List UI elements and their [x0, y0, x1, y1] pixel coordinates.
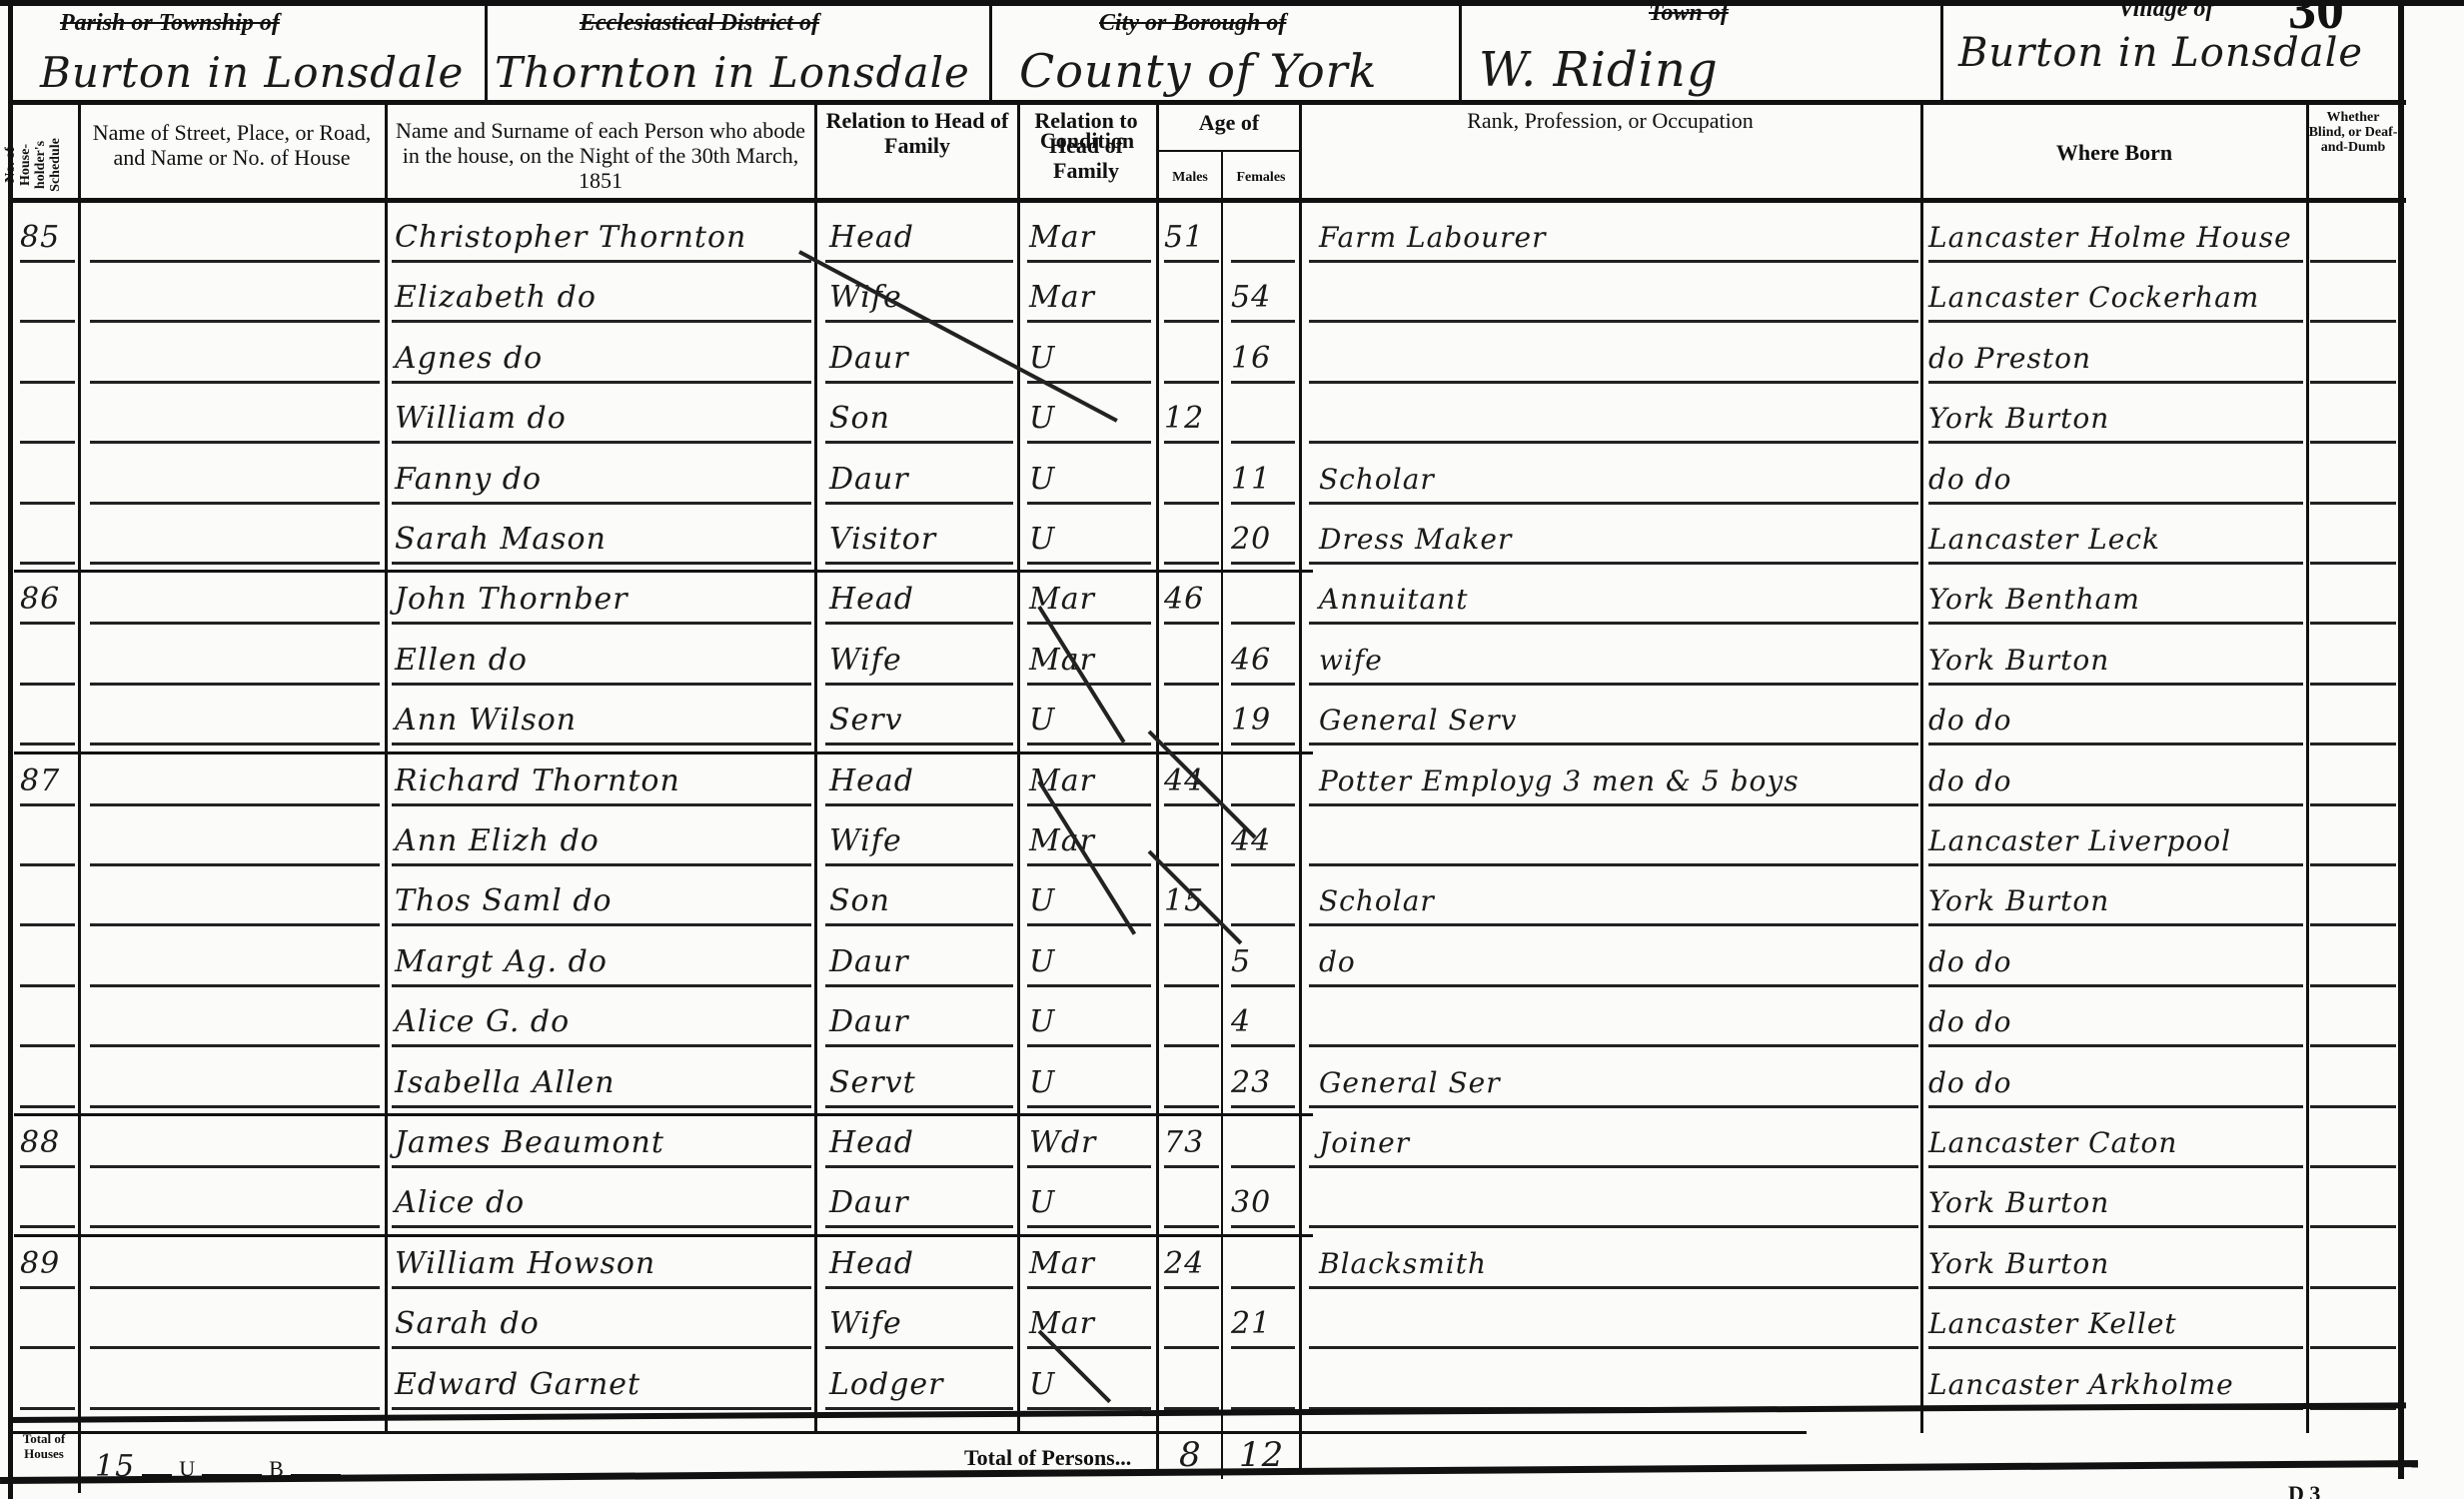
ruled-line [1164, 441, 1219, 444]
male-age [1164, 1363, 1219, 1407]
ruled-line [1027, 743, 1151, 746]
schedule-number [20, 940, 75, 984]
ruled-line [392, 1044, 811, 1047]
ruled-line [1309, 743, 1918, 746]
ruled-line [2310, 984, 2396, 987]
relation: Daur [829, 940, 1014, 984]
col-header-age: Age of [1159, 110, 1299, 135]
total-persons-label: Total of Persons... [964, 1445, 1131, 1471]
ruled-line [825, 320, 1013, 323]
ruled-line [20, 803, 75, 806]
village-label-block: Village of [2118, 0, 2213, 23]
col-header-where-born: Where Born [1924, 140, 2304, 165]
ruled-line [825, 1286, 1013, 1289]
ruled-line [20, 683, 75, 686]
ruled-line [2310, 803, 2396, 806]
ruled-line [392, 622, 811, 625]
ecclesiastical-value: Thornton in Lonsdale [495, 48, 970, 97]
person-name: Ann Wilson [395, 699, 809, 743]
ruled-line [1164, 1105, 1219, 1108]
relation: Serv [829, 699, 1014, 743]
schedule-number [20, 699, 75, 743]
city-label: City or Borough of [1099, 10, 1286, 36]
ruled-line [1164, 320, 1219, 323]
ruled-line [90, 1346, 380, 1349]
ruled-line [20, 320, 75, 323]
ruled-line [825, 984, 1013, 987]
ruled-line [1309, 1105, 1918, 1108]
occupation [1319, 1181, 1913, 1225]
relation: Son [829, 879, 1014, 923]
where-born: York Burton [1928, 639, 2398, 683]
where-born: York Burton [1928, 1242, 2398, 1286]
ruled-line [2310, 923, 2396, 926]
ruled-line [1928, 320, 2303, 323]
person-name: Richard Thornton [395, 759, 809, 803]
occupation: Scholar [1319, 458, 1913, 502]
ruled-line [90, 1407, 380, 1410]
condition: U [1029, 337, 1149, 381]
ruled-line [1231, 441, 1295, 444]
ruled-line [1928, 562, 2303, 565]
household-separator [14, 570, 1313, 573]
census-row: Sarah MasonVisitorU20Dress MakerLancaste… [0, 512, 2464, 568]
occupation [1319, 276, 1913, 320]
ruled-line [1164, 1225, 1219, 1228]
relation: Head [829, 1121, 1014, 1165]
condition: U [1029, 940, 1149, 984]
relation: Daur [829, 337, 1014, 381]
relation: Daur [829, 1000, 1014, 1044]
ruled-line [1309, 683, 1918, 686]
ruled-line [392, 320, 811, 323]
ruled-line [1027, 803, 1151, 806]
male-age [1164, 1181, 1219, 1225]
ruled-line [1164, 381, 1219, 384]
occupation [1319, 1363, 1913, 1407]
ruled-line [1309, 1044, 1918, 1047]
ruled-line [1309, 562, 1918, 565]
ruled-line [825, 1407, 1013, 1410]
ruled-line [1928, 1165, 2303, 1168]
ruled-line [20, 562, 75, 565]
person-name: Ann Elizh do [395, 819, 809, 863]
census-row: 88James BeaumontHeadWdr73JoinerLancaster… [0, 1115, 2464, 1171]
ruled-line [20, 1346, 75, 1349]
ruled-line [392, 502, 811, 505]
ruled-line [825, 803, 1013, 806]
ruled-line [2310, 260, 2396, 263]
occupation: Potter Employg 3 men & 5 boys [1319, 759, 1913, 803]
ruled-line [1928, 683, 2303, 686]
male-age [1164, 276, 1219, 320]
person-name: Sarah Mason [395, 518, 809, 562]
folio-mark: D 3 [2288, 1481, 2320, 1499]
ruled-line [1928, 260, 2303, 263]
col-header-condition: Condition [1021, 128, 1153, 153]
relation: Wife [829, 1302, 1014, 1346]
ruled-line [20, 1225, 75, 1228]
ruled-line [1164, 562, 1219, 565]
occupation: Joiner [1319, 1121, 1913, 1165]
male-age [1164, 940, 1219, 984]
footer-subdivider [8, 1431, 1807, 1434]
where-born: Lancaster Caton [1928, 1121, 2398, 1165]
relation: Son [829, 397, 1014, 441]
ruled-line [825, 441, 1013, 444]
ruled-line [2310, 1165, 2396, 1168]
census-row: 86John ThornberHeadMar46AnnuitantYork Be… [0, 572, 2464, 628]
town-label: Town of [1649, 0, 1729, 26]
ruled-line [90, 502, 380, 505]
ruled-line [2310, 441, 2396, 444]
household-separator [14, 751, 1313, 754]
ruled-line [1164, 1044, 1219, 1047]
female-age: 20 [1231, 518, 1297, 562]
ruled-line [1309, 320, 1918, 323]
schedule-number [20, 397, 75, 441]
where-born: do do [1928, 458, 2398, 502]
relation: Servt [829, 1061, 1014, 1105]
ruled-line [1164, 984, 1219, 987]
where-born: do Preston [1928, 337, 2398, 381]
ruled-line [90, 1044, 380, 1047]
ruled-line [1928, 1105, 2303, 1108]
total-females: 12 [1239, 1435, 1284, 1475]
col-header-blind: Whether Blind, or Deaf-and-Dumb [2308, 110, 2398, 155]
ruled-line [1928, 441, 2303, 444]
ruled-line [90, 1105, 380, 1108]
where-born: Lancaster Holme House [1928, 216, 2398, 260]
female-age [1231, 578, 1297, 622]
ruled-line [1164, 683, 1219, 686]
ruled-line [2310, 1225, 2396, 1228]
column-header-divider [8, 198, 2406, 203]
census-row: 89William HowsonHeadMar24BlacksmithYork … [0, 1236, 2464, 1292]
relation: Head [829, 216, 1014, 260]
ruled-line [90, 1225, 380, 1228]
condition: U [1029, 518, 1149, 562]
male-age [1164, 458, 1219, 502]
ruled-line [825, 683, 1013, 686]
schedule-number [20, 1363, 75, 1407]
ruled-line [392, 923, 811, 926]
male-age [1164, 1302, 1219, 1346]
census-row: Thos Saml doSonU15ScholarYork Burton [0, 873, 2464, 929]
ruled-line [825, 1044, 1013, 1047]
ruled-line [825, 1346, 1013, 1349]
houses-counts: 15 U B [95, 1449, 341, 1484]
person-name: Isabella Allen [395, 1061, 809, 1105]
ruled-line [1309, 1225, 1918, 1228]
ruled-line [1231, 923, 1295, 926]
ruled-line [90, 863, 380, 866]
ruled-line [1309, 984, 1918, 987]
where-born: Lancaster Arkholme [1928, 1363, 2398, 1407]
where-born: Lancaster Cockerham [1928, 276, 2398, 320]
relation: Lodger [829, 1363, 1014, 1407]
ruled-line [20, 984, 75, 987]
census-page: Parish or Township of Burton in Lonsdale… [0, 0, 2464, 1499]
ruled-line [1164, 803, 1219, 806]
col-header-relation-main: Relation to Head of Family [819, 108, 1015, 158]
female-age [1231, 1242, 1297, 1286]
ruled-line [392, 863, 811, 866]
person-name: Christopher Thornton [395, 216, 809, 260]
where-born: Lancaster Leck [1928, 518, 2398, 562]
ruled-line [1231, 984, 1295, 987]
occupation [1319, 819, 1913, 863]
where-born: York Burton [1928, 879, 2398, 923]
ruled-line [1164, 260, 1219, 263]
ruled-line [1164, 1165, 1219, 1168]
person-name: James Beaumont [395, 1121, 809, 1165]
ruled-line [1309, 622, 1918, 625]
person-name: Thos Saml do [395, 879, 809, 923]
ruled-line [1027, 320, 1151, 323]
condition: Mar [1029, 276, 1149, 320]
schedule-number [20, 639, 75, 683]
ruled-line [1231, 863, 1295, 866]
ruled-line [1231, 743, 1295, 746]
ruled-line [1027, 260, 1151, 263]
schedule-number [20, 819, 75, 863]
census-row: William doSonU12York Burton [0, 391, 2464, 447]
ruled-line [90, 803, 380, 806]
ruled-line [1928, 1225, 2303, 1228]
relation: Daur [829, 458, 1014, 502]
female-age: 19 [1231, 699, 1297, 743]
ruled-line [90, 1165, 380, 1168]
male-age [1164, 1061, 1219, 1105]
ruled-line [1027, 441, 1151, 444]
ruled-line [20, 1165, 75, 1168]
header-separator [989, 4, 992, 102]
male-age [1164, 639, 1219, 683]
ruled-line [1231, 1105, 1295, 1108]
condition: U [1029, 699, 1149, 743]
ruled-line [1027, 1044, 1151, 1047]
ruled-line [392, 1225, 811, 1228]
male-age [1164, 337, 1219, 381]
where-born: York Burton [1928, 1181, 2398, 1225]
ruled-line [1309, 502, 1918, 505]
ruled-line [90, 260, 380, 263]
ruled-line [825, 1105, 1013, 1108]
ecclesiastical-label-block: Ecclesiastical District of [580, 10, 819, 37]
ruled-line [392, 1165, 811, 1168]
bottom-border [0, 1460, 2418, 1484]
ruled-line [90, 441, 380, 444]
ruled-line [1231, 1044, 1295, 1047]
schedule-number [20, 879, 75, 923]
where-born: do do [1928, 1000, 2398, 1044]
female-age [1231, 216, 1297, 260]
ruled-line [825, 260, 1013, 263]
census-row: Isabella AllenServtU23General Serdo do [0, 1055, 2464, 1111]
male-age [1164, 518, 1219, 562]
ruled-line [2310, 1286, 2396, 1289]
ruled-line [825, 502, 1013, 505]
age-subdivider [1159, 150, 1299, 152]
houses-inhabited: 15 [95, 1449, 135, 1484]
schedule-number: 87 [20, 759, 75, 803]
total-males: 8 [1179, 1435, 1202, 1475]
ruled-line [1164, 743, 1219, 746]
ruled-line [20, 622, 75, 625]
male-age: 15 [1164, 879, 1219, 923]
ruled-line [90, 320, 380, 323]
ruled-line [1309, 260, 1918, 263]
ruled-line [1027, 502, 1151, 505]
person-name: Alice do [395, 1181, 809, 1225]
female-age: 23 [1231, 1061, 1297, 1105]
schedule-number [20, 518, 75, 562]
ruled-line [825, 1165, 1013, 1168]
where-born: Lancaster Kellet [1928, 1302, 2398, 1346]
ruled-line [1164, 1346, 1219, 1349]
top-border [0, 0, 2464, 6]
ruled-line [1231, 1225, 1295, 1228]
ruled-line [1928, 984, 2303, 987]
relation: Wife [829, 819, 1014, 863]
ruled-line [1231, 260, 1295, 263]
ruled-line [1231, 683, 1295, 686]
ruled-line [90, 683, 380, 686]
ruled-line [392, 984, 811, 987]
census-row: Ann Elizh doWifeMar44Lancaster Liverpool [0, 813, 2464, 869]
schedule-number [20, 458, 75, 502]
ruled-line [1027, 1105, 1151, 1108]
ruled-line [1309, 923, 1918, 926]
relation: Head [829, 578, 1014, 622]
ruled-line [1309, 381, 1918, 384]
census-row: Fanny doDaurU11Scholardo do [0, 452, 2464, 508]
city-value: County of York [1019, 44, 1378, 98]
ruled-line [1231, 562, 1295, 565]
ruled-line [2310, 320, 2396, 323]
ruled-line [1231, 320, 1295, 323]
ruled-line [2310, 1044, 2396, 1047]
ruled-line [90, 622, 380, 625]
person-name: Elizabeth do [395, 276, 809, 320]
ruled-line [1164, 863, 1219, 866]
city-label-block: City or Borough of [1099, 10, 1286, 37]
where-born: do do [1928, 940, 2398, 984]
ruled-line [20, 863, 75, 866]
ruled-line [825, 923, 1013, 926]
census-row: Alice G. doDaurU4do do [0, 994, 2464, 1050]
ruled-line [1164, 923, 1219, 926]
ruled-line [2310, 562, 2396, 565]
ruled-line [2310, 622, 2396, 625]
ruled-line [90, 923, 380, 926]
ruled-line [1928, 803, 2303, 806]
occupation [1319, 337, 1913, 381]
relation: Visitor [829, 518, 1014, 562]
relation: Head [829, 1242, 1014, 1286]
parish-label-block: Parish or Township of [60, 10, 480, 37]
ruled-line [20, 441, 75, 444]
ruled-line [1928, 923, 2303, 926]
condition: U [1029, 879, 1149, 923]
ruled-line [20, 1286, 75, 1289]
female-age: 30 [1231, 1181, 1297, 1225]
female-age: 16 [1231, 337, 1297, 381]
ruled-line [20, 743, 75, 746]
person-name: William Howson [395, 1242, 809, 1286]
schedule-number: 88 [20, 1121, 75, 1165]
ruled-line [825, 863, 1013, 866]
ruled-line [1928, 1044, 2303, 1047]
ruled-line [392, 683, 811, 686]
ruled-line [2310, 743, 2396, 746]
ruled-line [1027, 1165, 1151, 1168]
female-age: 46 [1231, 639, 1297, 683]
ruled-line [1231, 1286, 1295, 1289]
occupation: Annuitant [1319, 578, 1913, 622]
schedule-number [20, 1181, 75, 1225]
household-separator [14, 1113, 1313, 1116]
col-header-occupation: Rank, Profession, or Occupation [1303, 108, 1917, 133]
header-separator [485, 4, 488, 102]
person-name: Agnes do [395, 337, 809, 381]
female-age: 4 [1231, 1000, 1297, 1044]
ruled-line [20, 502, 75, 505]
ruled-line [392, 1346, 811, 1349]
parish-value: Burton in Lonsdale [40, 48, 464, 97]
total-houses-label: Total of Houses [12, 1431, 76, 1461]
occupation [1319, 397, 1913, 441]
col-header-name: Name and Surname of each Person who abod… [390, 118, 811, 193]
ruled-line [1928, 622, 2303, 625]
ruled-line [1928, 863, 2303, 866]
col-header-females: Females [1223, 170, 1299, 185]
female-age: 11 [1231, 458, 1297, 502]
ruled-line [825, 743, 1013, 746]
person-name: Ellen do [395, 639, 809, 683]
census-row: Ann WilsonServU19General Servdo do [0, 693, 2464, 749]
female-age: 5 [1231, 940, 1297, 984]
where-born: Lancaster Liverpool [1928, 819, 2398, 863]
schedule-number [20, 1000, 75, 1044]
ruled-line [1309, 1165, 1918, 1168]
parish-label: Parish or Township of [60, 10, 280, 36]
ruled-line [2310, 683, 2396, 686]
male-age: 46 [1164, 578, 1219, 622]
ruled-line [1027, 1346, 1151, 1349]
condition: U [1029, 1181, 1149, 1225]
female-age [1231, 1121, 1297, 1165]
where-born: York Burton [1928, 397, 2398, 441]
where-born: do do [1928, 759, 2398, 803]
ruled-line [1231, 803, 1295, 806]
ruled-line [1309, 803, 1918, 806]
ruled-line [1928, 1346, 2303, 1349]
where-born: do do [1928, 699, 2398, 743]
census-row: Margt Ag. doDaurU5dodo do [0, 934, 2464, 990]
occupation: Scholar [1319, 879, 1913, 923]
col-header-schedule: No. of House-holder's Schedule [3, 132, 63, 198]
ruled-line [1928, 381, 2303, 384]
female-age [1231, 397, 1297, 441]
schedule-number [20, 276, 75, 320]
relation: Daur [829, 1181, 1014, 1225]
ruled-line [1231, 1346, 1295, 1349]
town-label-block: Town of [1649, 0, 1729, 27]
occupation: wife [1319, 639, 1913, 683]
occupation: Blacksmith [1319, 1242, 1913, 1286]
